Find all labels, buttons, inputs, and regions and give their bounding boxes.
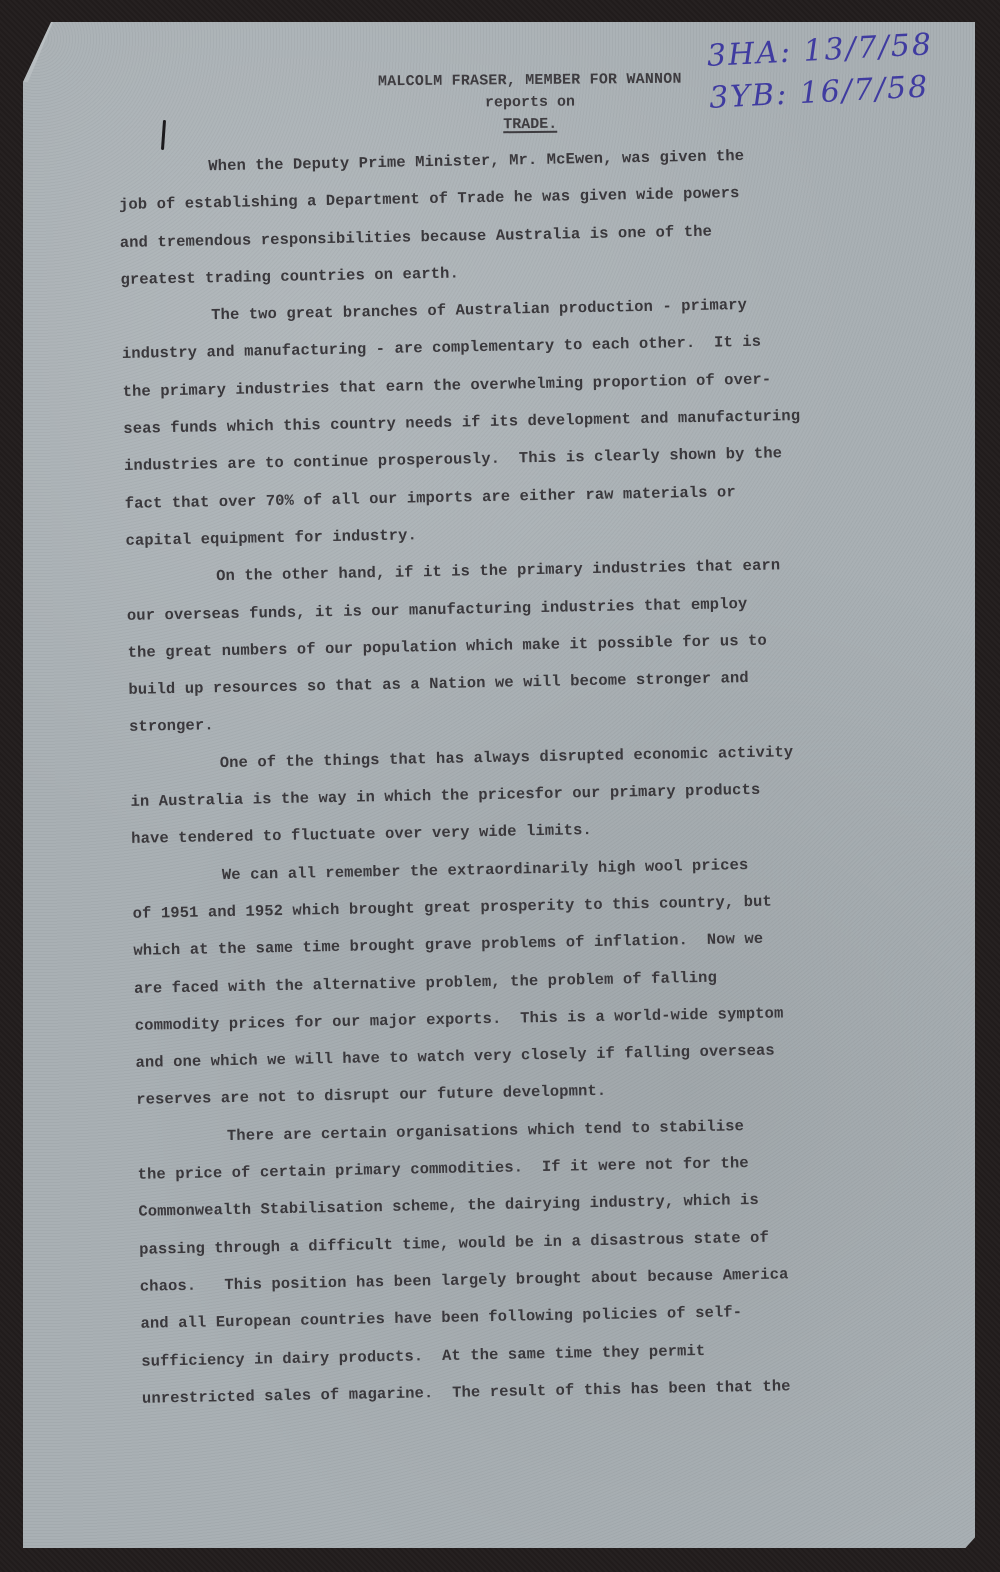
header-topic: TRADE. [503,114,557,136]
document-header: MALCOLM FRASER, MEMBER FOR WANNON report… [300,68,761,138]
handwritten-broadcast-note: 3HA: 13/7/58 3YB: 16/7/58 [706,24,936,120]
document-body: When the Deputy Prime Minister, Mr. McEw… [118,134,972,1418]
header-subtitle: reports on [300,90,760,116]
